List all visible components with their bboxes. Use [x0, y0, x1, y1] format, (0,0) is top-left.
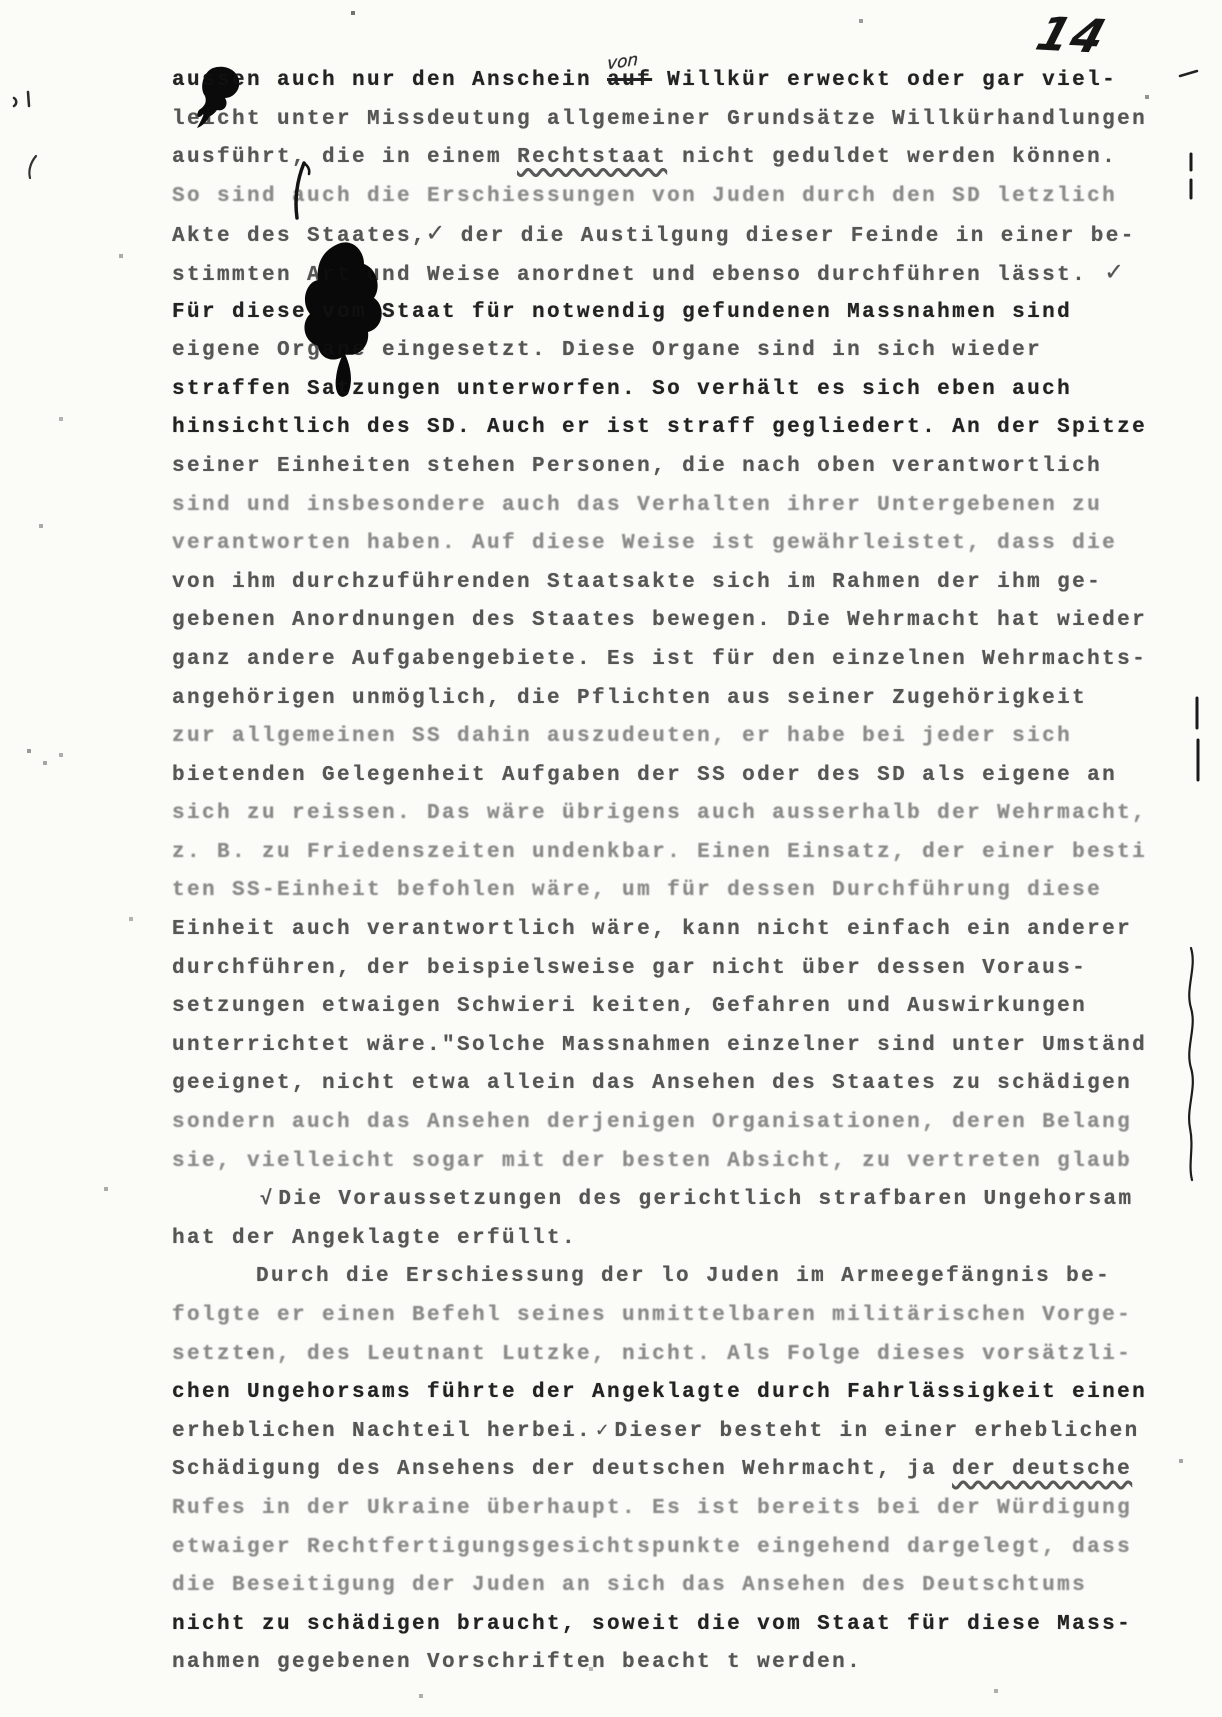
text-segment: So sind auch die Erschiessungen von Jude… [172, 185, 1117, 208]
text-segment: nahmen gegebenen Vorschriften beacht t w… [172, 1651, 862, 1674]
text-segment: bietenden Gelegenheit Aufgaben der SS od… [172, 764, 1117, 787]
text-segment: Einheit auch verantwortlich wäre, kann n… [172, 918, 1132, 941]
page-number-handwritten: 14 [1030, 6, 1113, 63]
text-segment: von ihm durchzuführenden Staatsakte sich… [172, 571, 1102, 594]
text-segment: sondern auch das Ansehen derjenigen Orga… [172, 1111, 1132, 1134]
document-line: straffen Satzungen unterworfen. So verhä… [172, 371, 1222, 410]
text-segment: gebenen Anordnungen des Staates bewegen.… [172, 609, 1147, 632]
text-segment: Dieser besteht in einer erheblichen [615, 1420, 1140, 1443]
text-segment: unterrichtet wäre."Solche Massnahmen ein… [172, 1034, 1147, 1057]
document-line: setzungen etwaigen Schwieri keiten, Gefa… [172, 988, 1222, 1027]
document-line: So sind auch die Erschiessungen von Jude… [172, 178, 1222, 217]
document-line: Rufes in der Ukraine überhaupt. Es ist b… [172, 1490, 1222, 1529]
handwritten-correction: von [607, 41, 639, 85]
document-line: zur allgemeinen SS dahin auszudeuten, er… [172, 718, 1222, 757]
document-line: aussen auch nur den Anschein aufvon Will… [172, 62, 1222, 101]
document-line: ganz andere Aufgabengebiete. Es ist für … [172, 641, 1222, 680]
document-line: geeignet, nicht etwa allein das Ansehen … [172, 1065, 1222, 1104]
document-line: seiner Einheiten stehen Personen, die na… [172, 448, 1222, 487]
check-segment: ✓ [427, 220, 446, 250]
left-margin-marks [6, 88, 50, 184]
text-segment: hat der Angeklagte erfüllt. [172, 1227, 577, 1250]
text-segment: Die Voraussetzungen des gerichtlich stra… [278, 1188, 1133, 1211]
text-segment: setzten, des Leutnant Lutzke, nicht. Als… [172, 1343, 1132, 1366]
text-segment: Schädigung des Ansehens der deutschen We… [172, 1458, 952, 1481]
text-segment: Rufes in der Ukraine überhaupt. Es ist b… [172, 1497, 1132, 1520]
text-segment: straffen Satzungen unterworfen. So verhä… [172, 378, 1072, 401]
document-line: angehörigen unmöglich, die Pflichten aus… [172, 680, 1222, 719]
document-line: verantworten haben. Auf diese Weise ist … [172, 525, 1222, 564]
text-segment: z. B. zu Friedenszeiten undenkbar. Einen… [172, 841, 1147, 864]
document-line: Durch die Erschiessung der lo Juden im A… [172, 1258, 1222, 1297]
document-line: durchführen, der beispielsweise gar nich… [172, 950, 1222, 989]
text-segment: sich zu reissen. Das wäre übrigens auch … [172, 802, 1147, 825]
check-segment: ✓ [1087, 259, 1124, 289]
document-line: Für diese vom Staat für notwendig gefund… [172, 294, 1222, 333]
text-segment: geeignet, nicht etwa allein das Ansehen … [172, 1072, 1132, 1095]
document-line: gebenen Anordnungen des Staates bewegen.… [172, 602, 1222, 641]
text-segment: leicht unter Missdeutung allgemeiner Gru… [172, 108, 1147, 131]
text-segment: Für diese vom Staat für notwendig gefund… [172, 301, 1072, 324]
text-segment: nicht geduldet werden können. [667, 146, 1117, 169]
document-line: die Beseitigung der Juden an sich das An… [172, 1567, 1222, 1606]
text-segment: folgte er einen Befehl seines unmittelba… [172, 1304, 1132, 1327]
scribble-segment: Rechtstaat [517, 146, 667, 169]
document-line: hinsichtlich des SD. Auch er ist straff … [172, 409, 1222, 448]
document-line: sondern auch das Ansehen derjenigen Orga… [172, 1104, 1222, 1143]
document-line: erheblichen Nachteil herbei.✓Dieser best… [172, 1413, 1222, 1452]
document-line: √Die Voraussetzungen des gerichtlich str… [172, 1181, 1222, 1220]
document-line: von ihm durchzuführenden Staatsakte sich… [172, 564, 1222, 603]
document-line: setzten, des Leutnant Lutzke, nicht. Als… [172, 1336, 1222, 1375]
document-line: etwaiger Rechtfertigungsgesichtspunkte e… [172, 1529, 1222, 1568]
text-segment: ten SS-Einheit befohlen wäre, um für des… [172, 879, 1102, 902]
text-segment: setzungen etwaigen Schwieri keiten, Gefa… [172, 995, 1087, 1018]
text-segment: sind und insbesondere auch das Verhalten… [172, 494, 1102, 517]
text-segment: die Beseitigung der Juden an sich das An… [172, 1574, 1087, 1597]
text-segment: eigene Organe eingesetzt. Diese Organe s… [172, 339, 1042, 362]
document-page: 14 aussen auch nur den Anschein aufvon W… [0, 0, 1222, 1717]
text-segment: seiner Einheiten stehen Personen, die na… [172, 455, 1102, 478]
document-line: unterrichtet wäre."Solche Massnahmen ein… [172, 1027, 1222, 1066]
text-segment: etwaiger Rechtfertigungsgesichtspunkte e… [172, 1536, 1132, 1559]
document-line: ausführt, die in einem Rechtstaat nicht … [172, 139, 1222, 178]
text-block: aussen auch nur den Anschein aufvon Will… [172, 62, 1222, 1683]
document-line: Schädigung des Ansehens der deutschen We… [172, 1451, 1222, 1490]
document-line: stimmten Art und Weise anordnet und eben… [172, 255, 1222, 294]
text-segment: ausführt, die in einem [172, 146, 517, 169]
text-segment: angehörigen unmöglich, die Pflichten aus… [172, 687, 1087, 710]
document-line: leicht unter Missdeutung allgemeiner Gru… [172, 101, 1222, 140]
text-segment: aussen auch nur den Anschein [172, 69, 607, 92]
text-segment: nicht zu schädigen braucht, soweit die v… [172, 1613, 1132, 1636]
document-line: Akte des Staates,✓ der die Austilgung di… [172, 216, 1222, 255]
scribble-segment: der deutsche [952, 1458, 1132, 1481]
document-line: sind und insbesondere auch das Verhalten… [172, 487, 1222, 526]
document-line: folgte er einen Befehl seines unmittelba… [172, 1297, 1222, 1336]
text-segment: Akte des Staates, [172, 225, 427, 248]
document-line: Einheit auch verantwortlich wäre, kann n… [172, 911, 1222, 950]
text-segment: stimmten Art und Weise anordnet und eben… [172, 264, 1087, 287]
text-segment: hinsichtlich des SD. Auch er ist straff … [172, 416, 1147, 439]
text-segment: chen Ungehorsams führte der Angeklagte d… [172, 1381, 1147, 1404]
document-line: chen Ungehorsams führte der Angeklagte d… [172, 1374, 1222, 1413]
struck-segment: aufvon [607, 69, 652, 92]
document-line: nicht zu schädigen braucht, soweit die v… [172, 1606, 1222, 1645]
document-line: hat der Angeklagte erfüllt. [172, 1220, 1222, 1259]
check-small-segment: ✓ [592, 1420, 614, 1443]
document-line: sie, vielleicht sogar mit der besten Abs… [172, 1143, 1222, 1182]
text-segment: erheblichen Nachteil herbei. [172, 1420, 592, 1443]
document-line: bietenden Gelegenheit Aufgaben der SS od… [172, 757, 1222, 796]
paper-speckles [0, 0, 2, 2]
document-line: ten SS-Einheit befohlen wäre, um für des… [172, 872, 1222, 911]
text-segment: sie, vielleicht sogar mit der besten Abs… [172, 1150, 1132, 1173]
text-segment: verantworten haben. Auf diese Weise ist … [172, 532, 1117, 555]
text-segment: durchführen, der beispielsweise gar nich… [172, 957, 1087, 980]
document-line: sich zu reissen. Das wäre übrigens auch … [172, 795, 1222, 834]
text-segment: ganz andere Aufgabengebiete. Es ist für … [172, 648, 1147, 671]
document-line: nahmen gegebenen Vorschriften beacht t w… [172, 1644, 1222, 1683]
check-small-segment: √ [256, 1188, 278, 1211]
text-segment: zur allgemeinen SS dahin auszudeuten, er… [172, 725, 1072, 748]
document-line: eigene Organe eingesetzt. Diese Organe s… [172, 332, 1222, 371]
text-segment: Willkür erweckt oder gar viel- [652, 69, 1117, 92]
document-line: z. B. zu Friedenszeiten undenkbar. Einen… [172, 834, 1222, 873]
text-segment: der die Austilgung dieser Feinde in eine… [446, 225, 1136, 248]
text-segment: Durch die Erschiessung der lo Juden im A… [256, 1265, 1111, 1288]
